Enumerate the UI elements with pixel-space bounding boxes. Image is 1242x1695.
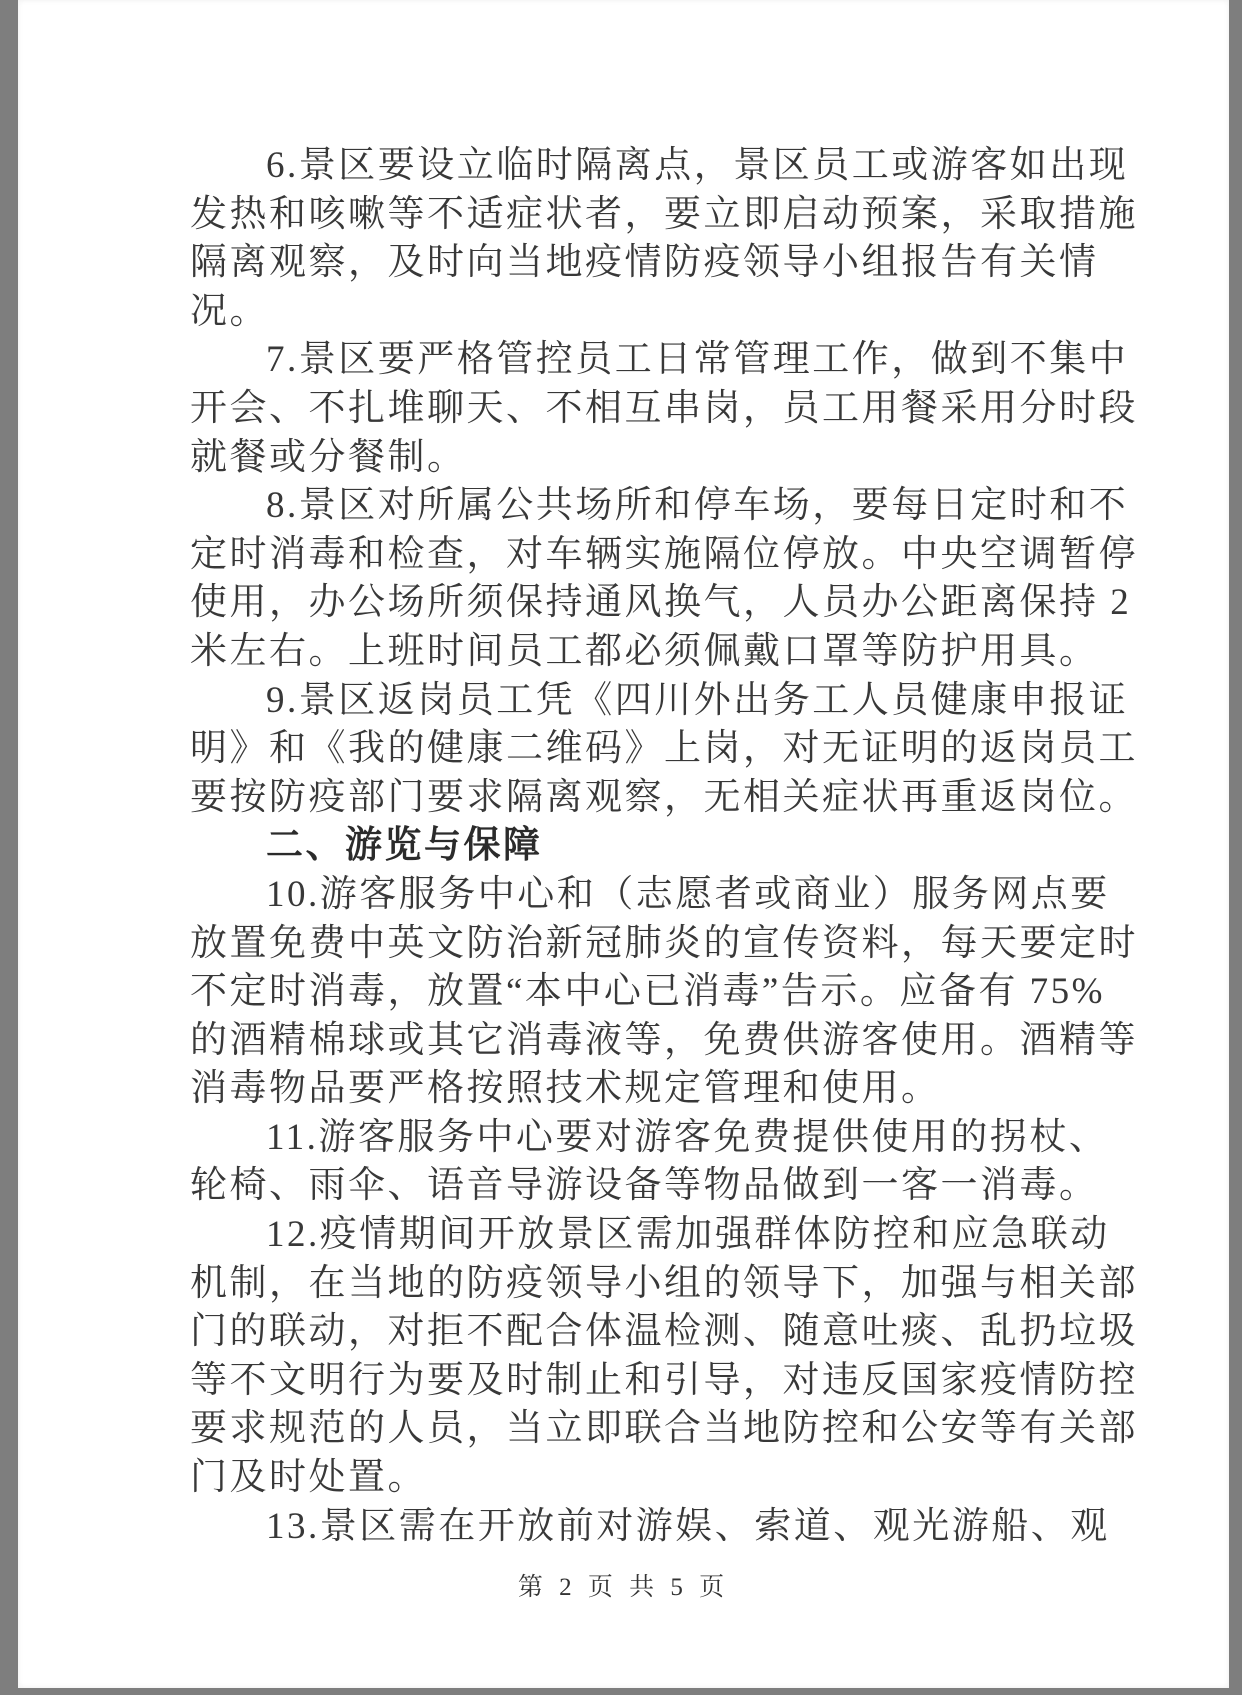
text-line: 就餐或分餐制。 xyxy=(190,434,1150,483)
text-line: 门及时处置。 xyxy=(190,1454,1150,1503)
text-line: 轮椅、雨伞、语音导游设备等物品做到一客一消毒。 xyxy=(190,1162,1150,1211)
text-line: 隔离观察，及时向当地疫情防疫领导小组报告有关情 xyxy=(190,239,1150,288)
text-line: 8.景区对所属公共场所和停车场，要每日定时和不 xyxy=(190,482,1150,531)
text-line: 米左右。上班时间员工都必须佩戴口罩等防护用具。 xyxy=(190,628,1150,677)
text-line: 不定时消毒，放置“本中心已消毒”告示。应备有 75% xyxy=(190,968,1150,1017)
text-line: 使用，办公场所须保持通风换气，人员办公距离保持 2 xyxy=(190,579,1150,628)
text-line: 10.游客服务中心和（志愿者或商业）服务网点要 xyxy=(190,871,1150,920)
text-line: 12.疫情期间开放景区需加强群体防控和应急联动 xyxy=(190,1211,1150,1260)
text-line: 要求规范的人员，当立即联合当地防控和公安等有关部 xyxy=(190,1405,1150,1454)
text-line: 7.景区要严格管控员工日常管理工作，做到不集中 xyxy=(190,336,1150,385)
text-line: 放置免费中英文防治新冠肺炎的宣传资料，每天要定时 xyxy=(190,920,1150,969)
text-line: 明》和《我的健康二维码》上岗，对无证明的返岗员工 xyxy=(190,725,1150,774)
text-line: 门的联动，对拒不配合体温检测、随意吐痰、乱扔垃圾 xyxy=(190,1308,1150,1357)
text-line: 发热和咳嗽等不适症状者，要立即启动预案，采取措施 xyxy=(190,191,1150,240)
text-line: 开会、不扎堆聊天、不相互串岗，员工用餐采用分时段 xyxy=(190,385,1150,434)
section-heading: 二、游览与保障 xyxy=(190,822,1150,871)
text-line: 要按防疫部门要求隔离观察，无相关症状再重返岗位。 xyxy=(190,774,1150,823)
document-page: 6.景区要设立临时隔离点，景区员工或游客如出现发热和咳嗽等不适症状者，要立即启动… xyxy=(18,0,1229,1688)
document-body: 6.景区要设立临时隔离点，景区员工或游客如出现发热和咳嗽等不适症状者，要立即启动… xyxy=(190,142,1150,1551)
text-line: 机制，在当地的防疫领导小组的领导下，加强与相关部 xyxy=(190,1260,1150,1309)
page-footer: 第 2 页 共 5 页 xyxy=(18,1572,1229,1604)
text-line: 况。 xyxy=(190,288,1150,337)
text-line: 11.游客服务中心要对游客免费提供使用的拐杖、 xyxy=(190,1114,1150,1163)
text-line: 等不文明行为要及时制止和引导，对违反国家疫情防控 xyxy=(190,1357,1150,1406)
text-line: 6.景区要设立临时隔离点，景区员工或游客如出现 xyxy=(190,142,1150,191)
text-line: 13.景区需在开放前对游娱、索道、观光游船、观 xyxy=(190,1503,1150,1552)
text-line: 9.景区返岗员工凭《四川外出务工人员健康申报证 xyxy=(190,677,1150,726)
text-line: 的酒精棉球或其它消毒液等，免费供游客使用。酒精等 xyxy=(190,1017,1150,1066)
text-line: 定时消毒和检查，对车辆实施隔位停放。中央空调暂停 xyxy=(190,531,1150,580)
viewer-background: 6.景区要设立临时隔离点，景区员工或游客如出现发热和咳嗽等不适症状者，要立即启动… xyxy=(0,0,1242,1695)
text-line: 消毒物品要严格按照技术规定管理和使用。 xyxy=(190,1065,1150,1114)
